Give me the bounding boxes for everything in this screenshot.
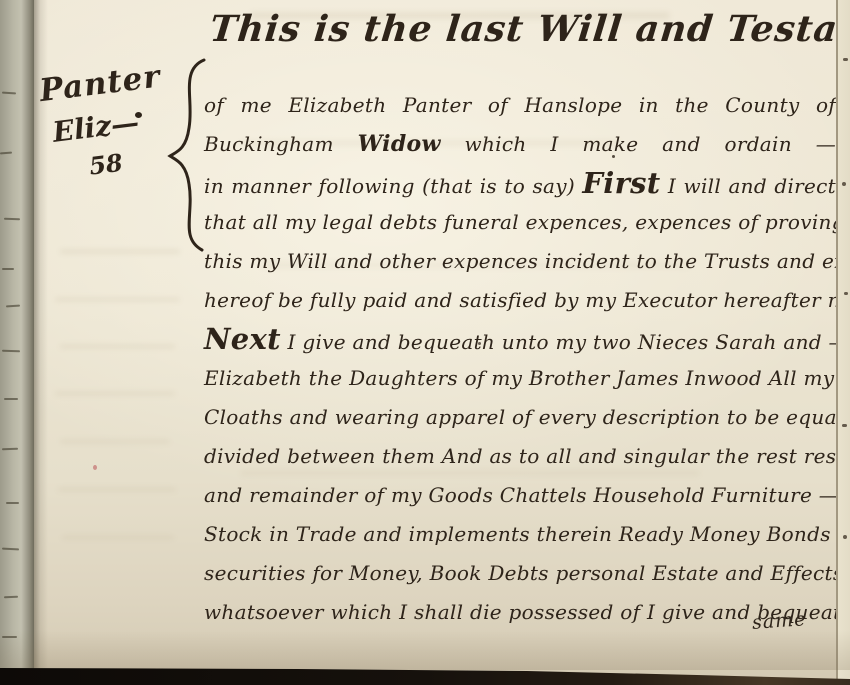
line-text: in manner following (that is to say) [204, 174, 582, 198]
page-edge-tick [6, 305, 20, 308]
manuscript-line: Elizabeth the Daughters of my Brother Ja… [204, 359, 836, 398]
line-text: this my Will and other expences incident… [204, 249, 850, 273]
manuscript-line: and remainder of my Goods Chattels House… [204, 476, 836, 515]
line-text: Elizabeth the Daughters of my Brother Ja… [204, 366, 850, 390]
ink-fragment [843, 535, 847, 539]
manuscript-line: this my Will and other expences incident… [204, 242, 836, 281]
line-text: of me Elizabeth Panter of Hanslope in th… [204, 93, 836, 117]
line-text: hereof be fully paid and satisfied by my… [204, 288, 850, 312]
manuscript-line: divided between them And as to all and s… [204, 437, 836, 476]
manuscript-line: Next I give and bequeath unto my two Nie… [204, 320, 836, 359]
page-edge-tick [0, 152, 12, 155]
page-bottom-shadow [0, 630, 850, 670]
manuscript-line: securities for Money, Book Debts persona… [204, 554, 836, 593]
page-edge-tick [2, 268, 14, 270]
showthrough-smudge [55, 298, 180, 301]
showthrough-smudge [55, 392, 175, 395]
manuscript-line: of me Elizabeth Panter of Hanslope in th… [204, 86, 836, 125]
page-edge-tick [2, 548, 19, 551]
line-text: Stock in Trade and implements therein Re… [204, 522, 850, 546]
ink-speck [93, 465, 97, 470]
manuscript-line: Stock in Trade and implements therein Re… [204, 515, 836, 554]
line-text: divided between them And as to all and s… [204, 444, 850, 468]
book-binding-edge [0, 0, 34, 685]
emphasized-word: Next [204, 322, 281, 356]
showthrough-smudge [62, 536, 174, 539]
page-edge-tick [6, 502, 19, 504]
page-edge-tick [4, 398, 18, 400]
page-edge-tick [4, 596, 18, 598]
manuscript-line: Cloaths and wearing apparel of every des… [204, 398, 836, 437]
ink-fragment [843, 58, 848, 61]
manuscript-line: Buckingham Widow which I make and ordain… [204, 125, 836, 164]
manuscript-line: that all my legal debts funeral expences… [204, 203, 836, 242]
line-text: I will and direct [661, 174, 837, 198]
page-edge-right [836, 0, 850, 685]
document-title: This is the last Will and Testament [208, 8, 850, 50]
manuscript-body: of me Elizabeth Panter of Hanslope in th… [204, 86, 836, 632]
emphasized-word: Widow [358, 131, 441, 157]
emphasized-word: First [582, 166, 660, 200]
showthrough-smudge [60, 250, 180, 253]
manuscript-line: hereof be fully paid and satisfied by my… [204, 281, 836, 320]
page-edge-tick [2, 448, 18, 451]
line-text: I give and bequeath unto my two Nieces S… [281, 330, 850, 354]
page-edge-tick [2, 350, 20, 353]
manuscript-line: whatsoever which I shall die possessed o… [204, 593, 836, 632]
ink-fragment [844, 292, 848, 295]
line-text: that all my legal debts funeral expences… [204, 210, 850, 234]
ink-fragment [842, 182, 846, 186]
line-text: Buckingham [204, 132, 358, 156]
manuscript-page-photo: Panter Eliz— 58 This is the last Will an… [0, 0, 850, 685]
page-edge-tick [4, 218, 20, 221]
page-edge-tick [2, 92, 16, 95]
showthrough-smudge [60, 345, 175, 348]
line-text: Cloaths and wearing apparel of every des… [204, 405, 850, 429]
line-text: and remainder of my Goods Chattels House… [204, 483, 850, 507]
manuscript-line: in manner following (that is to say) Fir… [204, 164, 836, 203]
ink-fragment [842, 424, 847, 427]
showthrough-smudge [58, 488, 176, 491]
line-text: which I make and ordain — [441, 132, 836, 156]
margin-annotation: Panter Eliz— 58 [29, 55, 172, 190]
showthrough-smudge [60, 440, 170, 443]
line-text: securities for Money, Book Debts persona… [204, 561, 850, 585]
